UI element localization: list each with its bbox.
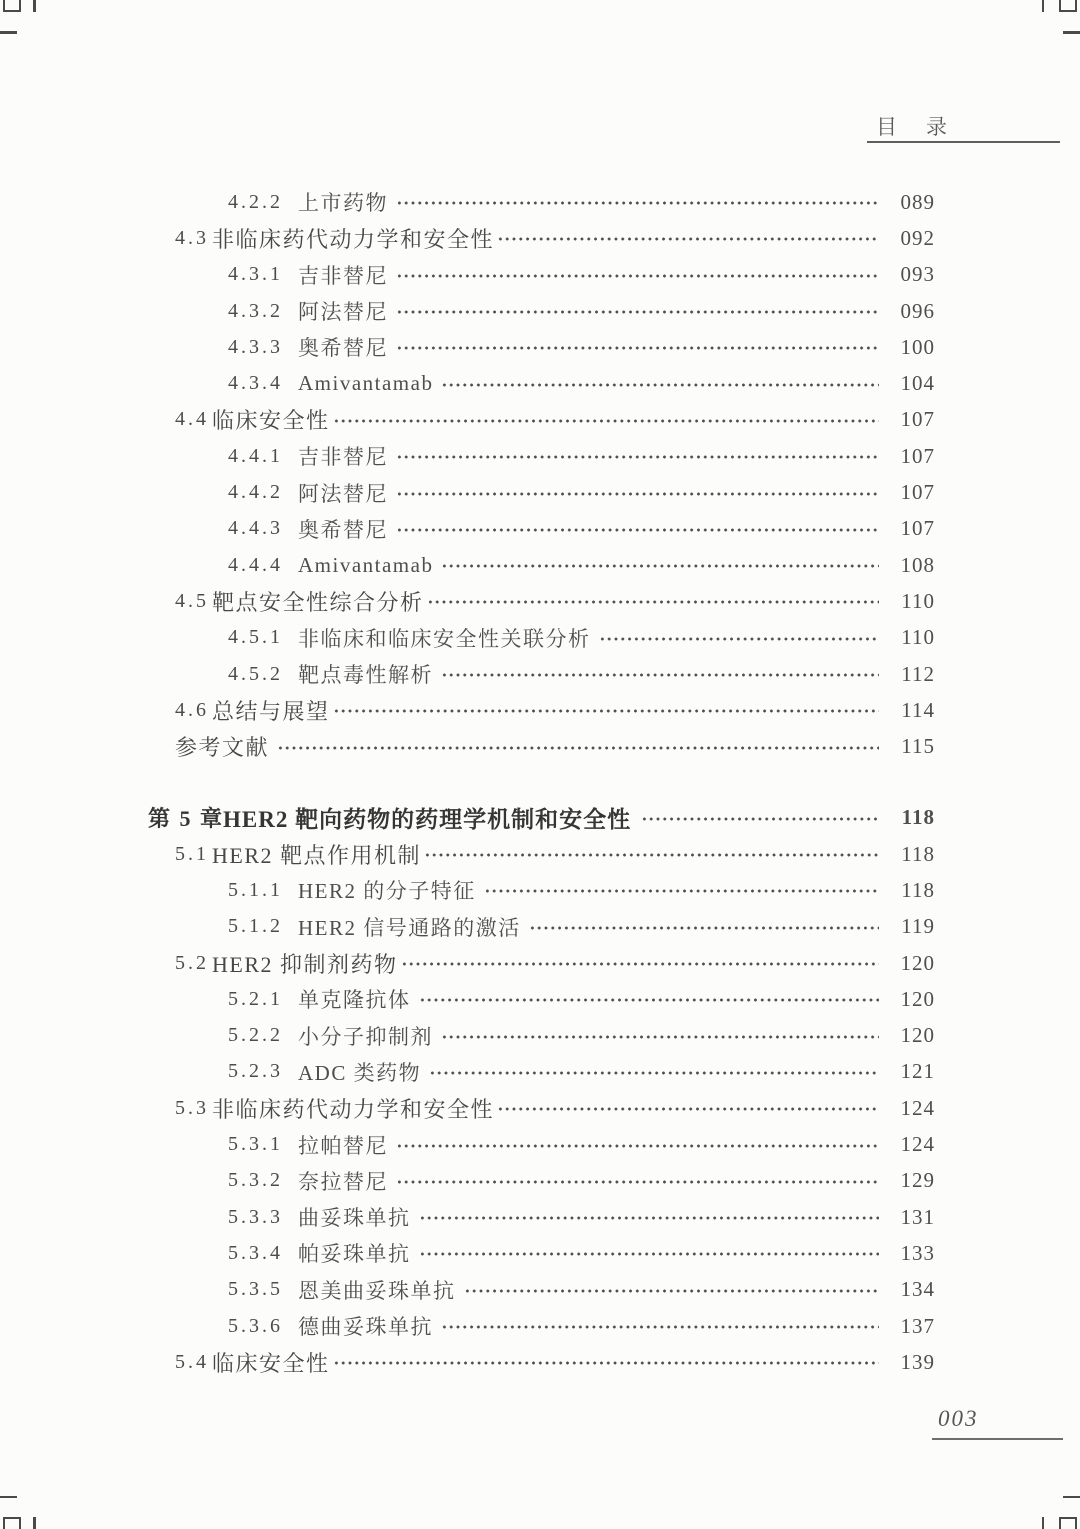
toc-entry: 5.4 临床安全性 139 [145,1344,935,1380]
toc-entry: 5.2 HER2 抑制剂药物 120 [145,945,935,981]
toc-leader-dots [396,527,879,533]
toc-entry-label: 总结与展望 [212,695,330,726]
toc-leader-dots [419,997,880,1003]
toc-entry-page: 120 [889,987,935,1012]
toc-entry-label: 上市药物 [298,187,388,217]
toc-leader-dots [333,418,879,424]
toc-entry-page: 121 [889,1059,935,1084]
toc-entry-number: 4.5.2 [228,663,298,686]
toc-entry-label: 非临床药代动力学和安全性 [212,223,494,254]
toc-entry-number: 5.3.3 [228,1206,298,1229]
corner-mark-top-right [1020,0,1080,40]
toc-entry-label: 奥希替尼 [298,514,388,544]
toc-leader-dots [419,1251,880,1257]
toc-entry: 4.3 非临床药代动力学和安全性 092 [145,220,935,256]
toc-entry-page: 107 [889,516,935,541]
registration-square-icon [3,1517,21,1529]
toc-entry-label: HER2 信号通路的激活 [298,912,521,942]
toc-list: 4.2.2 上市药物 089 4.3 非临床药代动力学和安全性 092 4.3.… [145,184,935,1381]
toc-leader-dots [441,382,879,388]
toc-leader-dots [497,236,879,242]
toc-entry-number: 4.3.1 [228,263,298,286]
toc-leader-dots [396,1143,879,1149]
toc-leader-dots [396,200,879,206]
toc-entry-label: ADC 类药物 [298,1057,421,1087]
toc-entry-label: 非临床药代动力学和安全性 [212,1093,494,1124]
toc-entry-number: 4.4.2 [228,481,298,504]
toc-entry-number: 5.3 [175,1097,212,1120]
toc-entry-number: 5.3.2 [228,1169,298,1192]
toc-entry-label: 临床安全性 [212,404,330,435]
toc-entry: 5.3.4 帕妥珠单抗 133 [145,1235,935,1271]
toc-entry-number: 5.3.6 [228,1315,298,1338]
toc-leader-dots [401,961,879,967]
toc-leader-dots [396,273,879,279]
toc-entry-page: 089 [889,190,935,215]
toc-leader-dots [429,1070,879,1076]
toc-entry-page: 115 [889,734,935,759]
toc-entry-number: 5.2.2 [228,1024,298,1047]
toc-entry: 4.3.1 吉非替尼 093 [145,257,935,293]
corner-mark-bottom-left [0,1489,60,1529]
toc-entry-number: 4.4.4 [228,554,298,577]
toc-entry-label: 吉非替尼 [298,441,388,471]
registration-square-icon [1059,0,1077,12]
running-head-rule [867,141,1060,143]
toc-entry-label: 帕妥珠单抗 [298,1238,411,1268]
toc-entry-number: 4.5 [175,590,212,613]
registration-square-icon [1059,1517,1077,1529]
toc-entry-label: 阿法替尼 [298,296,388,326]
folio-page-number: 003 [938,1406,979,1432]
toc-leader-dots [396,1179,879,1185]
toc-leader-dots [641,816,879,822]
toc-entry: 4.2.2 上市药物 089 [145,184,935,220]
toc-entry-page: 107 [889,444,935,469]
toc-leader-dots [441,1324,879,1330]
toc-entry-number: 4.5.1 [228,626,298,649]
toc-entry: 5.1 HER2 靶点作用机制 118 [145,836,935,872]
toc-leader-dots [497,1106,879,1112]
toc-entry: 5.1.2 HER2 信号通路的激活 119 [145,909,935,945]
toc-entry: 5.2.2 小分子抑制剂 120 [145,1018,935,1054]
toc-entry-page: 118 [889,878,935,903]
scanned-toc-page: 目 录 4.2.2 上市药物 089 4.3 非临床药代动力学和安全性 092 … [0,0,1080,1529]
toc-entry-number: 5.3.1 [228,1133,298,1156]
toc-entry-number: 4.2.2 [228,191,298,214]
toc-entry-page: 118 [889,805,935,830]
toc-entry-label: 阿法替尼 [298,478,388,508]
registration-tick-icon [33,0,36,12]
toc-leader-dots [396,491,879,497]
running-head-title: 目 录 [876,111,951,141]
toc-entry-page: 124 [889,1132,935,1157]
toc-entry-label: 靶点安全性综合分析 [212,586,424,617]
toc-entry: 4.4.3 奥希替尼 107 [145,511,935,547]
toc-entry-page: 119 [889,914,935,939]
toc-entry-number: 4.4.3 [228,517,298,540]
toc-entry-page: 107 [889,407,935,432]
toc-entry-label: HER2 抑制剂药物 [212,948,398,979]
toc-entry: 5.3 非临床药代动力学和安全性 124 [145,1090,935,1126]
corner-mark-bottom-right [1020,1489,1080,1529]
toc-entry-page: 112 [889,662,935,687]
toc-entry-page: 110 [889,625,935,650]
toc-entry-page: 120 [889,1023,935,1048]
toc-leader-dots [427,599,879,605]
toc-entry-label: HER2 靶点作用机制 [212,839,421,870]
toc-entry: 4.3.3 奥希替尼 100 [145,329,935,365]
toc-leader-dots [424,852,879,858]
toc-entry: 4.3.4 Amivantamab 104 [145,365,935,401]
toc-entry-page: 139 [889,1350,935,1375]
toc-entry-page: 129 [889,1168,935,1193]
toc-entry: 4.5 靶点安全性综合分析 110 [145,583,935,619]
registration-tick-icon [0,1496,17,1499]
toc-entry-number: 5.4 [175,1351,212,1374]
toc-entry-label: 临床安全性 [212,1347,330,1378]
toc-entry-label: Amivantamab [298,553,433,578]
toc-entry-number: 4.3.2 [228,300,298,323]
registration-tick-icon [1042,1517,1045,1529]
toc-entry-label: 奥希替尼 [298,332,388,362]
toc-entry: 4.4.4 Amivantamab 108 [145,547,935,583]
toc-entry: 5.2.3 ADC 类药物 121 [145,1054,935,1090]
toc-entry-page: 114 [889,698,935,723]
toc-entry-page: 110 [889,589,935,614]
toc-leader-dots [484,888,879,894]
folio-rule [932,1438,1063,1440]
toc-entry-label: 奈拉替尼 [298,1166,388,1196]
toc-leader-dots [419,1215,880,1221]
toc-entry-page: 137 [889,1314,935,1339]
toc-entry-label: 非临床和临床安全性关联分析 [298,623,591,653]
toc-entry-number: 4.3.3 [228,336,298,359]
registration-square-icon [3,0,21,12]
toc-entry: 5.3.5 恩美曲妥珠单抗 134 [145,1272,935,1308]
toc-leader-dots [441,1034,879,1040]
registration-tick-icon [1063,1496,1080,1499]
toc-entry: 参考文献 115 [145,728,935,764]
registration-tick-icon [0,31,17,34]
toc-entry-number: 5.2.3 [228,1060,298,1083]
toc-entry-page: 100 [889,335,935,360]
toc-entry-number: 4.3 [175,227,212,250]
toc-entry-label: 曲妥珠单抗 [298,1202,411,1232]
toc-entry-number: 4.6 [175,699,212,722]
toc-entry-number: 5.1.2 [228,915,298,938]
toc-entry-label: 单克隆抗体 [298,984,411,1014]
toc-entry: 5.3.6 德曲妥珠单抗 137 [145,1308,935,1344]
toc-entry-page: 096 [889,299,935,324]
toc-entry-number: 5.2.1 [228,988,298,1011]
toc-entry: 5.1.1 HER2 的分子特征 118 [145,872,935,908]
toc-entry-page: 093 [889,262,935,287]
toc-entry: 4.4.2 阿法替尼 107 [145,474,935,510]
toc-leader-dots [333,1360,879,1366]
toc-entry-label: Amivantamab [298,371,433,396]
toc-entry: 5.3.2 奈拉替尼 129 [145,1163,935,1199]
toc-entry-number: 第 5 章 [148,802,223,833]
toc-leader-dots [441,672,879,678]
toc-entry: 4.6 总结与展望 114 [145,692,935,728]
toc-entry: 5.3.1 拉帕替尼 124 [145,1126,935,1162]
toc-entry-page: 107 [889,480,935,505]
toc-entry-number: 5.3.5 [228,1278,298,1301]
toc-entry-label: 德曲妥珠单抗 [298,1311,433,1341]
toc-leader-dots [464,1288,880,1294]
toc-entry: 4.5.1 非临床和临床安全性关联分析 110 [145,620,935,656]
toc-entry-page: 131 [889,1205,935,1230]
toc-entry-page: 133 [889,1241,935,1266]
toc-entry-page: 124 [889,1096,935,1121]
toc-entry-label: HER2 靶向药物的药理学机制和安全性 [223,801,631,834]
toc-entry-number: 5.3.4 [228,1242,298,1265]
toc-entry-number: 4.3.4 [228,372,298,395]
toc-entry-page: 104 [889,371,935,396]
toc-entry: 5.2.1 单克隆抗体 120 [145,981,935,1017]
registration-tick-icon [33,1517,36,1529]
corner-mark-top-left [0,0,60,40]
toc-entry-number: 4.4.1 [228,445,298,468]
toc-entry-label: 拉帕替尼 [298,1130,388,1160]
toc-leader-dots [529,925,879,931]
toc-leader-dots [277,745,879,751]
toc-entry-label: HER2 的分子特征 [298,875,476,905]
toc-entry-page: 108 [889,553,935,578]
toc-leader-dots [396,454,879,460]
toc-entry: 第 5 章 HER2 靶向药物的药理学机制和安全性 118 [145,800,935,836]
toc-leader-dots [599,636,880,642]
toc-entry-label: 吉非替尼 [298,260,388,290]
toc-leader-dots [396,309,879,315]
toc-entry-number: 5.1.1 [228,879,298,902]
toc-leader-dots [333,708,879,714]
toc-entry-page: 118 [889,842,935,867]
toc-entry-page: 134 [889,1277,935,1302]
toc-entry: 5.3.3 曲妥珠单抗 131 [145,1199,935,1235]
toc-entry-page: 092 [889,226,935,251]
toc-leader-dots [441,563,879,569]
toc-entry-label: 恩美曲妥珠单抗 [298,1275,456,1305]
toc-entry: 4.3.2 阿法替尼 096 [145,293,935,329]
toc-entry-page: 120 [889,951,935,976]
toc-entry-label: 靶点毒性解析 [298,659,433,689]
toc-entry: 4.4.1 吉非替尼 107 [145,438,935,474]
toc-entry-number: 5.2 [175,952,212,975]
toc-entry-label: 小分子抑制剂 [298,1021,433,1051]
registration-tick-icon [1063,31,1080,34]
registration-tick-icon [1042,0,1045,12]
toc-entry-label: 参考文献 [175,731,269,762]
toc-leader-dots [396,345,879,351]
toc-entry-number: 4.4 [175,408,212,431]
toc-entry: 4.5.2 靶点毒性解析 112 [145,656,935,692]
toc-entry-number: 5.1 [175,843,212,866]
toc-entry: 4.4 临床安全性 107 [145,402,935,438]
